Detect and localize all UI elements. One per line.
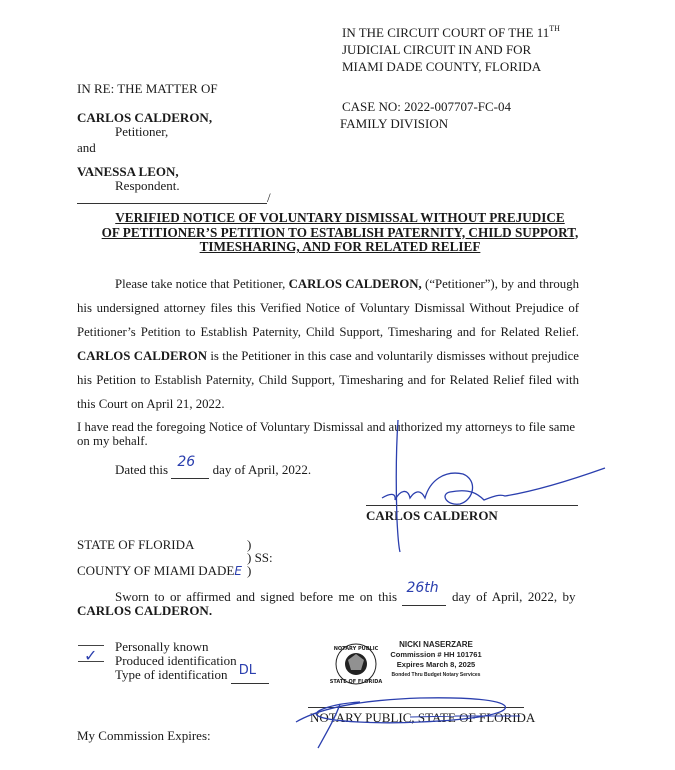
commission-expires-label: My Commission Expires: (77, 728, 211, 744)
notary-signature-icon (0, 0, 675, 770)
